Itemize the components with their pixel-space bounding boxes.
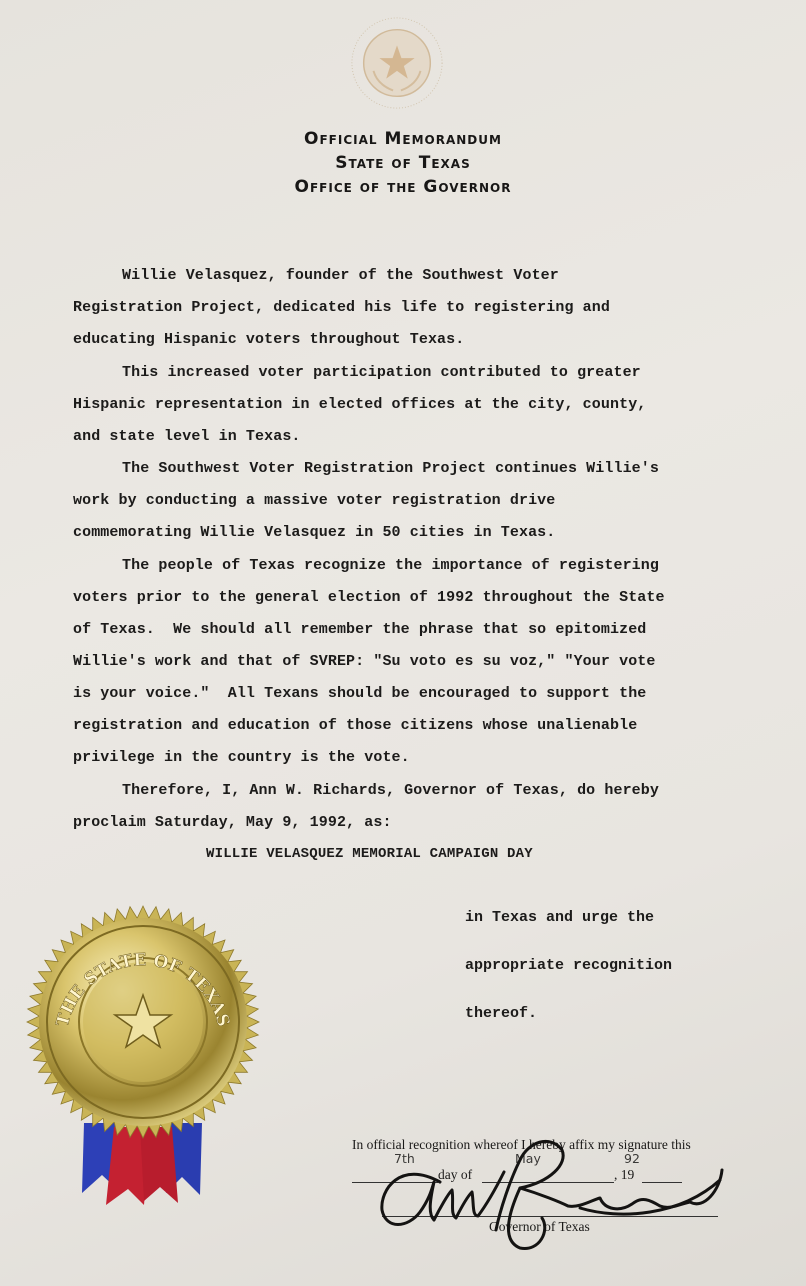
century-prefix: , 19 [614, 1167, 634, 1183]
month-blank [482, 1182, 614, 1183]
body-line: Willie Velasquez, founder of the Southwe… [122, 267, 559, 284]
body-line: Willie's work and that of SVREP: "Su vot… [73, 653, 656, 670]
body-line: commemorating Willie Velasquez in 50 cit… [73, 524, 555, 541]
filled-year: 92 [624, 1151, 640, 1166]
year-blank [642, 1182, 682, 1183]
closing-text: in Texas and urge the appropriate recogn… [465, 878, 672, 1038]
letterhead-line-3: Office of the Governor [0, 175, 806, 199]
body-line: registration and education of those citi… [73, 717, 637, 734]
signature-block: In official recognition whereof I hereby… [352, 1134, 752, 1284]
body-line: educating Hispanic voters throughout Tex… [73, 331, 464, 348]
closing-line: appropriate recognition [465, 958, 672, 974]
letterhead-title: Official Memorandum State of Texas Offic… [0, 127, 806, 199]
body-line: work by conducting a massive voter regis… [73, 492, 555, 509]
body-line: This increased voter participation contr… [122, 364, 641, 381]
closing-line: in Texas and urge the [465, 910, 672, 926]
gold-state-seal-icon: THE STATE OF TEXAS [22, 905, 270, 1215]
body-line: privilege in the country is the vote. [73, 749, 410, 766]
body-line: and state level in Texas. [73, 428, 301, 445]
body-line: voters prior to the general election of … [73, 589, 665, 606]
body-line: Registration Project, dedicated his life… [73, 299, 610, 316]
body-line: of Texas. We should all remember the phr… [73, 621, 646, 638]
body-line: The people of Texas recognize the import… [122, 557, 659, 574]
filled-day: 7th [394, 1151, 415, 1166]
day-of-label: day of [438, 1167, 472, 1183]
proclamation-title: WILLIE VELASQUEZ MEMORIAL CAMPAIGN DAY [206, 846, 533, 862]
body-line: Therefore, I, Ann W. Richards, Governor … [122, 782, 659, 799]
signature-line [382, 1216, 718, 1217]
letterhead-line-2: State of Texas [0, 151, 806, 175]
day-blank [352, 1182, 438, 1183]
closing-line: thereof. [465, 1006, 672, 1022]
body-line: The Southwest Voter Registration Project… [122, 460, 659, 477]
body-line: is your voice." All Texans should be enc… [73, 685, 646, 702]
filled-month: May [515, 1151, 541, 1166]
signer-title: Governor of Texas [489, 1219, 590, 1235]
embossed-state-seal-icon [348, 14, 446, 112]
body-line: Hispanic representation in elected offic… [73, 396, 646, 413]
body-line: proclaim Saturday, May 9, 1992, as: [73, 814, 392, 831]
letterhead-line-1: Official Memorandum [0, 127, 806, 151]
